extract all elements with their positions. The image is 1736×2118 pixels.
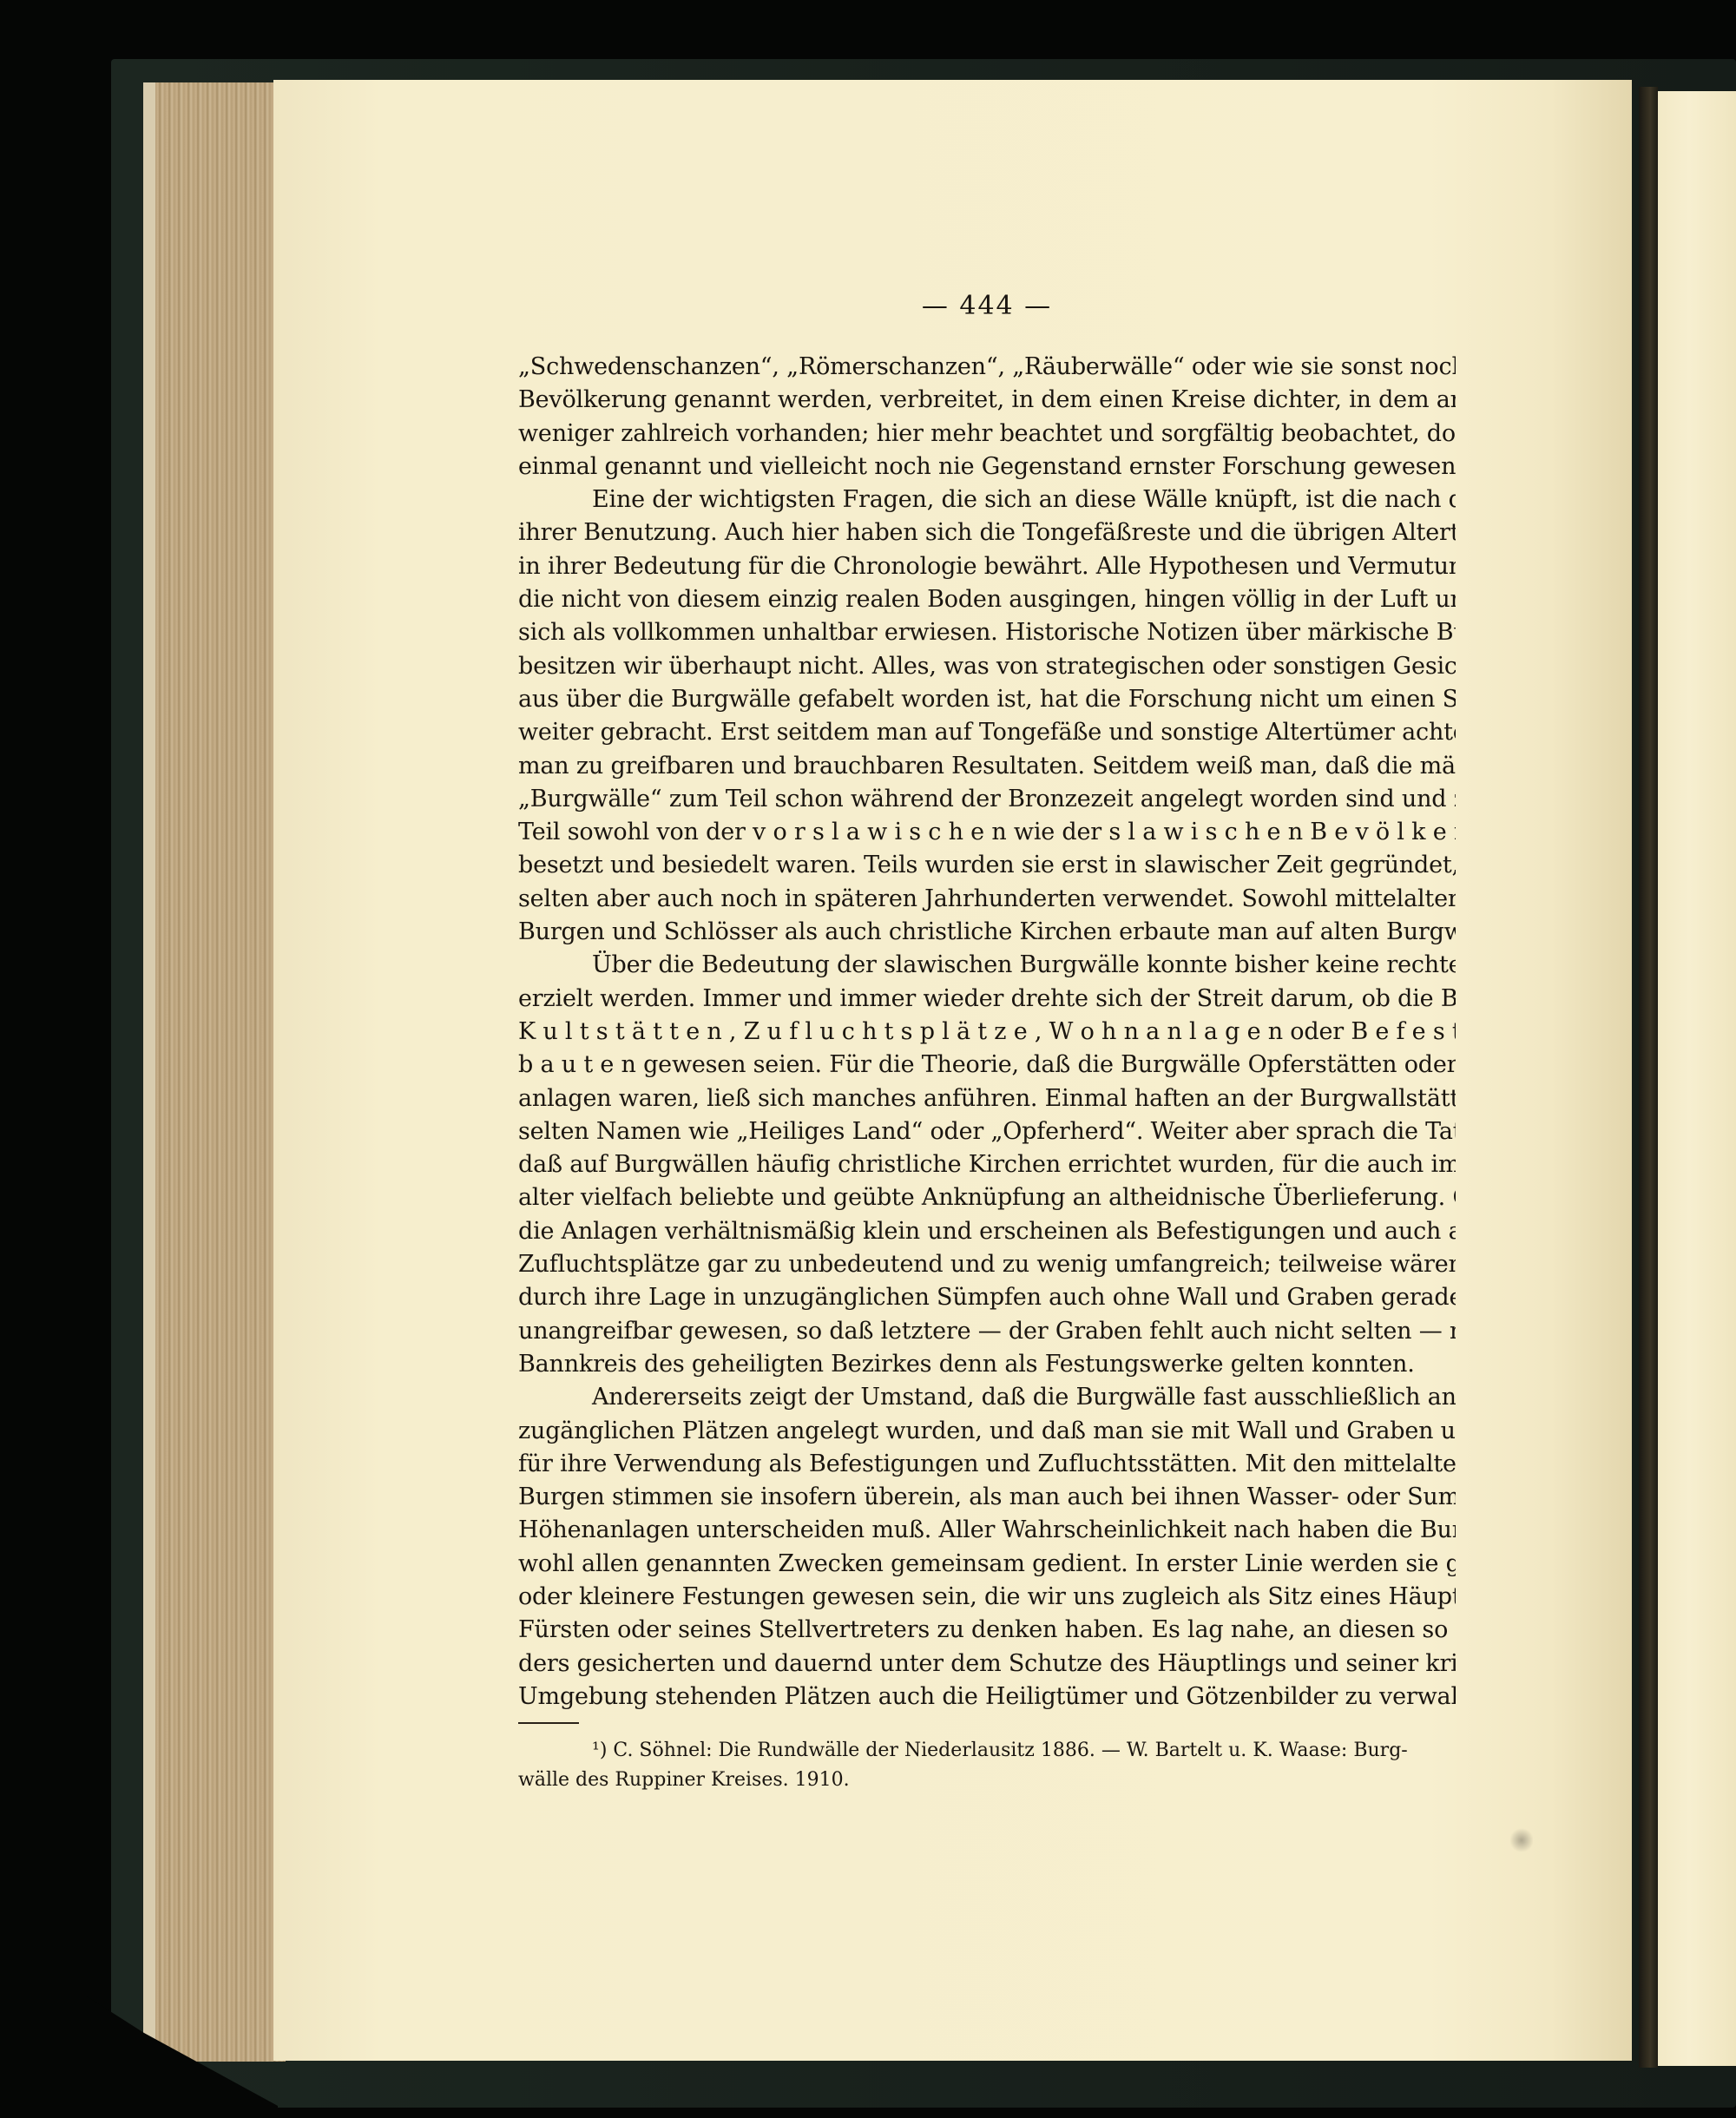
text-line: erzielt werden. Immer und immer wieder d… [518,983,1456,1016]
text-line: sich als vollkommen unhaltbar erwiesen. … [518,616,1456,649]
text-line: die nicht von diesem einzig realen Boden… [518,583,1456,616]
text-line: K u l t s t ä t t e n , Z u f l u c h t … [518,1016,1456,1049]
text-line: weniger zahlreich vorhanden; hier mehr b… [518,418,1456,451]
text-line: Burgen und Schlösser als auch christlich… [518,916,1456,949]
text-line: Burgen stimmen sie insofern überein, als… [518,1481,1456,1514]
text-line: daß auf Burgwällen häufig christliche Ki… [518,1148,1456,1181]
text-line: in ihrer Bedeutung für die Chronologie b… [518,550,1456,583]
text-line: Über die Bedeutung der slawischen Burgwä… [518,949,1456,982]
text-line: weiter gebracht. Erst seitdem man auf To… [518,716,1456,749]
footnote-line-2: wälle des Ruppiner Kreises. 1910. [518,1766,1456,1795]
text-line: besetzt und besiedelt waren. Teils wurde… [518,849,1456,882]
text-line: „Schwedenschanzen“, „Römerschanzen“, „Rä… [518,351,1456,384]
page-number: — 444 — [518,286,1456,326]
text-line: für ihre Verwendung als Befestigungen un… [518,1448,1456,1481]
text-line: einmal genannt und vielleicht noch nie G… [518,451,1456,483]
text-line: wohl allen genannten Zwecken gemeinsam g… [518,1548,1456,1581]
text-line: oder kleinere Festungen gewesen sein, di… [518,1581,1456,1614]
text-line: „Burgwälle“ zum Teil schon während der B… [518,783,1456,816]
page-stack-edges [143,82,286,2062]
text-line: anlagen waren, ließ sich manches anführe… [518,1082,1456,1115]
text-line: durch ihre Lage in unzugänglichen Sümpfe… [518,1281,1456,1314]
text-line: b a u t e n gewesen seien. Für die Theor… [518,1049,1456,1082]
text-line: Fürsten oder seines Stellvertreters zu d… [518,1614,1456,1647]
text-line: alter vielfach beliebte und geübte Anknü… [518,1181,1456,1214]
text-line: zugänglichen Plätzen angelegt wurden, un… [518,1415,1456,1448]
book-gutter [1639,87,1658,2068]
text-line: aus über die Burgwälle gefabelt worden i… [518,683,1456,716]
footnote-rule [518,1722,579,1724]
text-line: Höhenanlagen unterscheiden muß. Aller Wa… [518,1514,1456,1547]
text-line: Zufluchtsplätze gar zu unbedeutend und z… [518,1248,1456,1281]
text-line: Eine der wichtigsten Fragen, die sich an… [518,483,1456,516]
text-line: Umgebung stehenden Plätzen auch die Heil… [518,1681,1456,1713]
text-line: selten aber auch noch in späteren Jahrhu… [518,883,1456,916]
text-line: man zu greifbaren und brauchbaren Result… [518,750,1456,783]
text-line: Teil sowohl von der v o r s l a w i s c … [518,816,1456,849]
paper-stain [1510,1827,1533,1853]
text-line: Bevölkerung genannt werden, verbreitet, … [518,384,1456,417]
facing-page-edge [1658,91,1736,2066]
text-line: die Anlagen verhältnismäßig klein und er… [518,1215,1456,1248]
text-line: selten Namen wie „Heiliges Land“ oder „O… [518,1115,1456,1148]
text-line: Bannkreis des geheiligten Bezirkes denn … [518,1348,1456,1381]
page-text-block: — 444 — „Schwedenschanzen“, „Römerschanz… [518,286,1456,1795]
text-line: ders gesicherten und dauernd unter dem S… [518,1648,1456,1681]
text-line: ihrer Benutzung. Auch hier haben sich di… [518,516,1456,549]
body-text: „Schwedenschanzen“, „Römerschanzen“, „Rä… [518,351,1456,1713]
text-line: Andererseits zeigt der Umstand, daß die … [518,1381,1456,1414]
text-line: unangreifbar gewesen, so daß letztere — … [518,1315,1456,1348]
text-line: besitzen wir überhaupt nicht. Alles, was… [518,650,1456,683]
footnote-line-1: ¹) C. Söhnel: Die Rundwälle der Niederla… [518,1736,1456,1766]
